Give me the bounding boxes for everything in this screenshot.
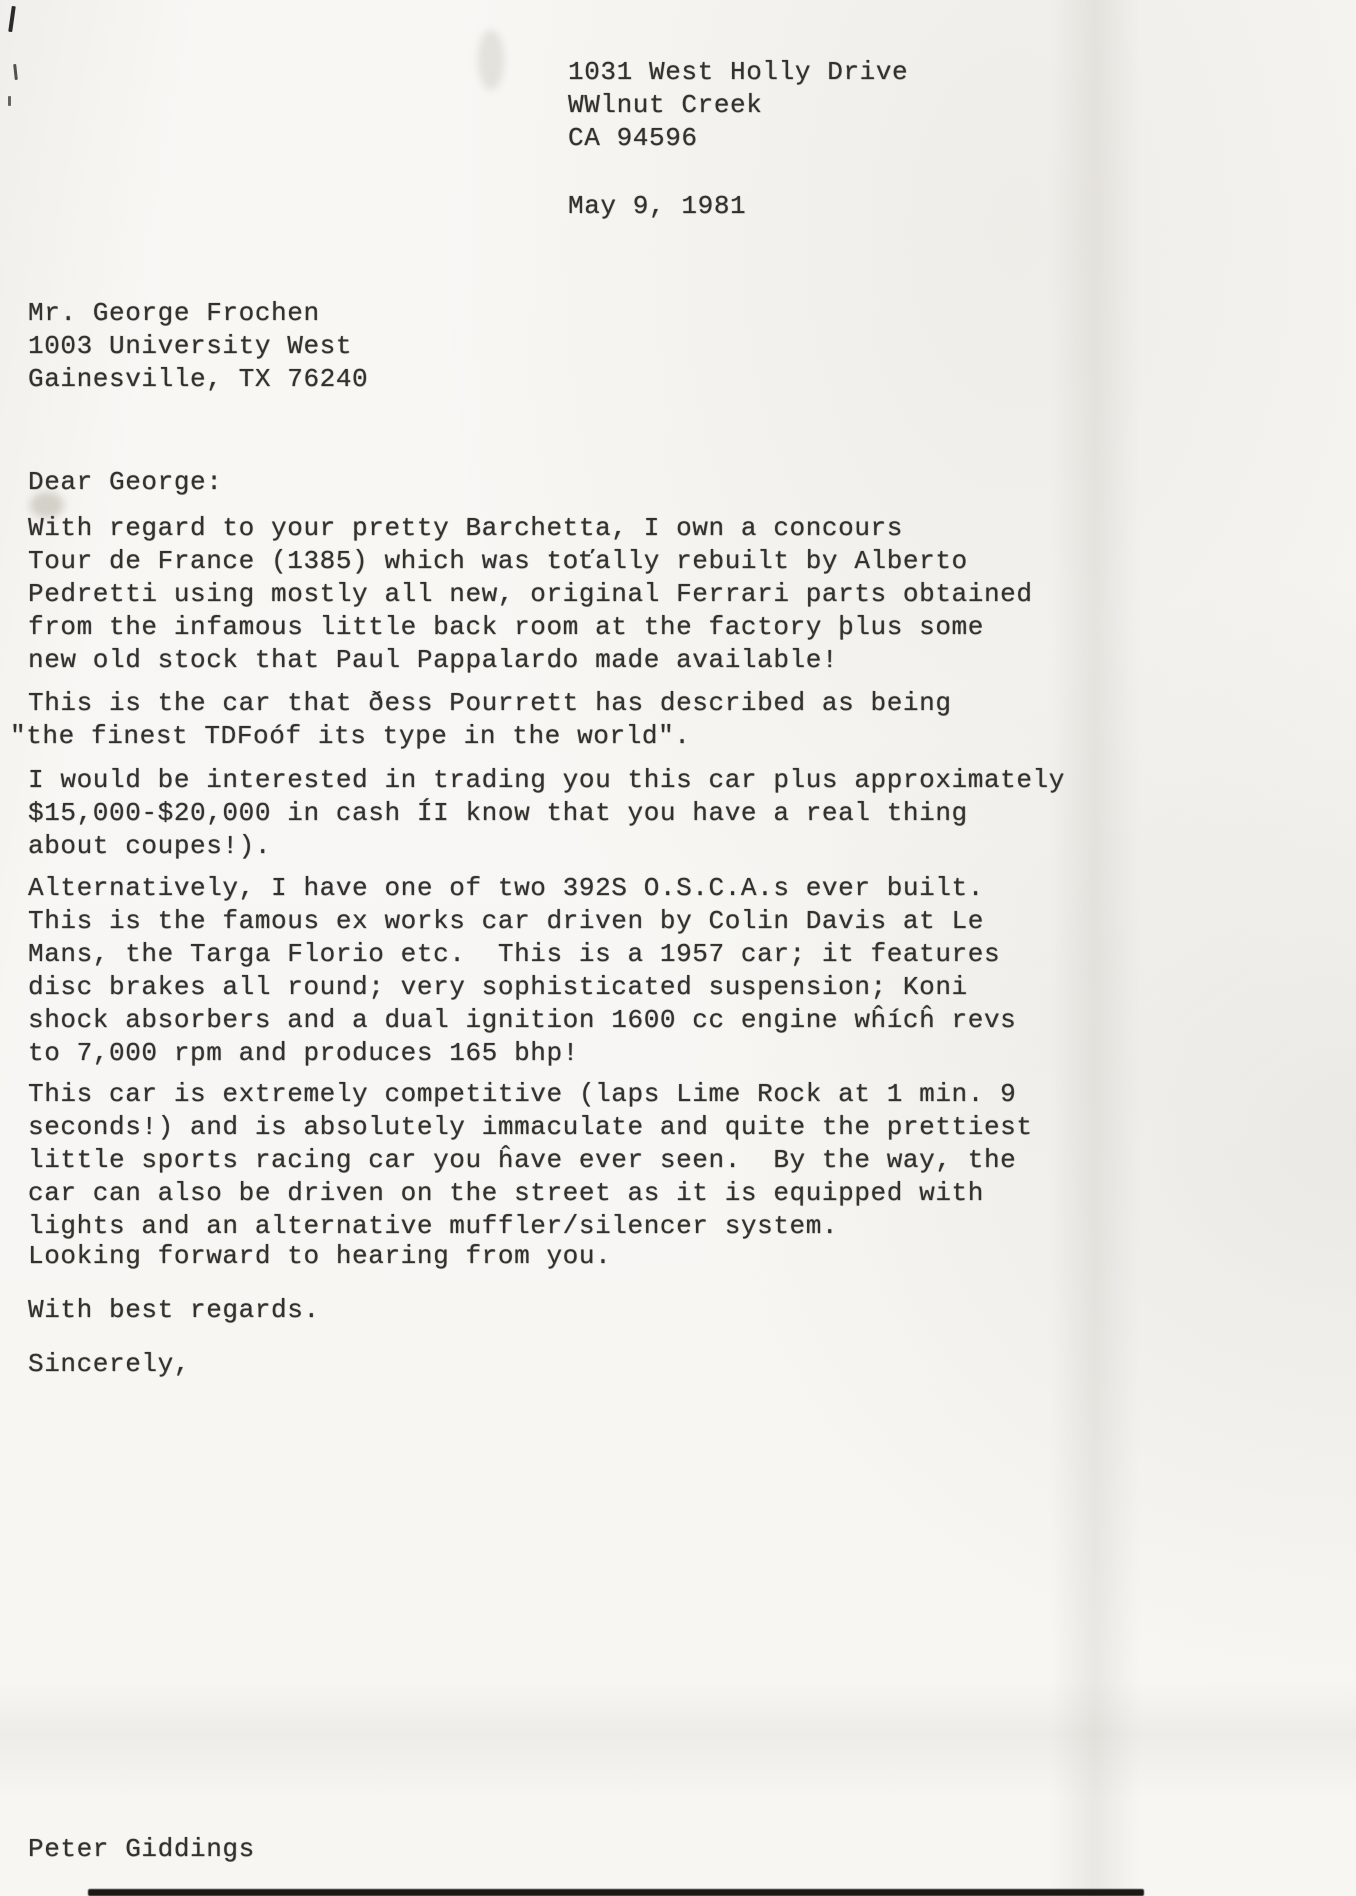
scan-speck xyxy=(8,6,16,32)
closing-line-1: Looking forward to hearing from you. xyxy=(28,1240,611,1273)
scan-speck xyxy=(8,96,11,106)
body-paragraph-2: This is the car that ðess Pourrett has d… xyxy=(10,687,952,753)
body-paragraph-4: Alternatively, I have one of two 392S O.… xyxy=(28,872,1016,1070)
paper-crease xyxy=(1050,0,1140,1896)
body-paragraph-1: With regard to your pretty Barchetta, I … xyxy=(28,512,1033,677)
signature-name: Peter Giddings xyxy=(28,1833,255,1866)
recipient-address: Mr. George Frochen 1003 University West … xyxy=(28,297,368,396)
letter-date: May 9, 1981 xyxy=(568,190,746,223)
scan-speck xyxy=(13,64,18,80)
body-paragraph-5: This car is extremely competitive (laps … xyxy=(28,1078,1033,1243)
sender-address: 1031 West Holly Drive WWlnut Creek CA 94… xyxy=(568,56,908,155)
salutation: Dear George: xyxy=(28,466,222,499)
paper-smudge xyxy=(478,30,504,90)
closing-sincerely: Sincerely, xyxy=(28,1348,190,1381)
paper-crease xyxy=(0,1680,1356,1800)
body-paragraph-3: I would be interested in trading you thi… xyxy=(28,764,1065,863)
scanner-edge-bar xyxy=(88,1889,1144,1896)
closing-line-2: With best regards. xyxy=(28,1294,320,1327)
letter-page: 1031 West Holly Drive WWlnut Creek CA 94… xyxy=(0,0,1356,1896)
